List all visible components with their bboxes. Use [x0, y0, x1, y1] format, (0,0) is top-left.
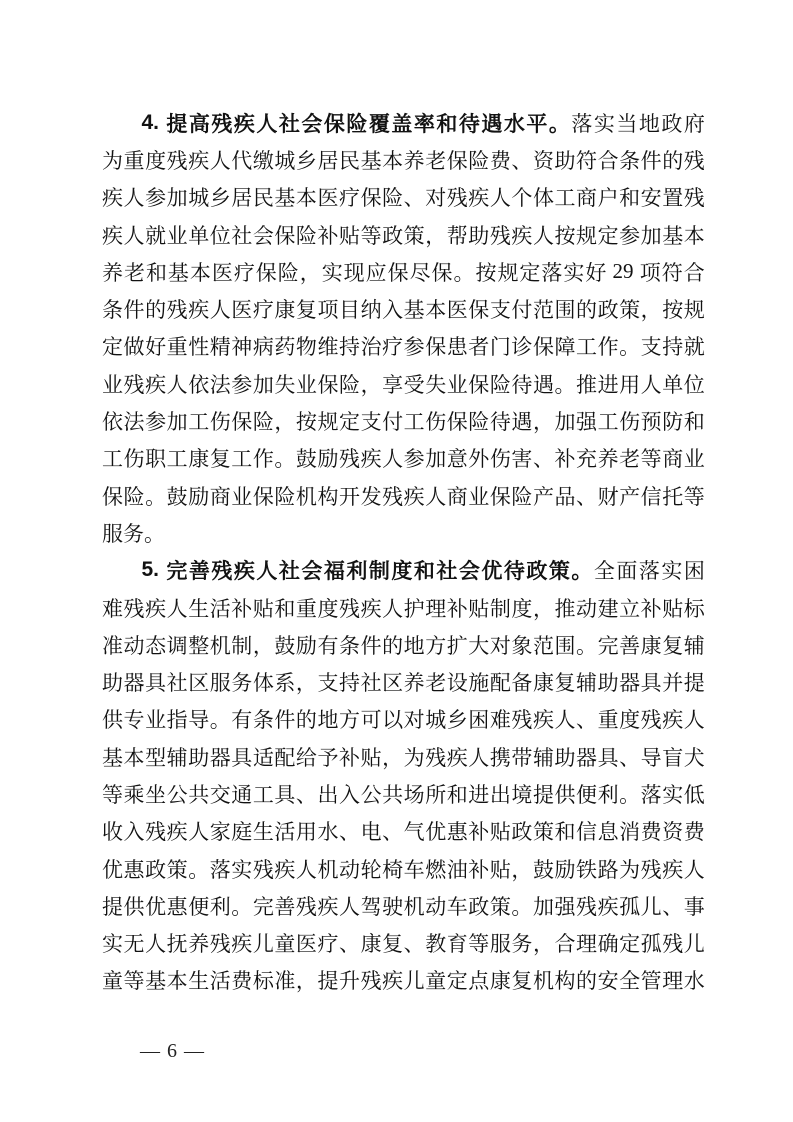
body-text-char: 器 [124, 667, 145, 697]
body-text-char: 基 [404, 294, 425, 324]
body-text-char: 设 [447, 667, 468, 697]
body-text-char: 件 [124, 294, 145, 324]
body-text-char: 气 [404, 816, 425, 846]
body-text-char: 疾 [274, 854, 295, 884]
paragraph-heading-char: 完 [166, 555, 187, 585]
body-text-char: 险 [468, 406, 489, 436]
body-text-char: 加 [167, 182, 188, 212]
body-text-char: 基 [662, 220, 683, 250]
body-text-char: 体 [253, 667, 274, 697]
body-text-char: 物 [296, 331, 317, 361]
body-text-char: 保 [361, 182, 382, 212]
body-text-char: 工 [404, 406, 425, 436]
body-text-char: 活 [210, 593, 231, 623]
body-text-char: 伤 [619, 406, 640, 436]
body-text-char: 策 [533, 816, 554, 846]
body-text-char: 残 [447, 182, 468, 212]
text-line: 条件的残疾人医疗康复项目纳入基本医保支付范围的政策，按规 [102, 290, 705, 327]
body-text-char: 保 [274, 220, 295, 250]
body-text-char: 具 [145, 667, 166, 697]
body-text-char: 困 [468, 704, 489, 734]
paragraph-heading-char: 提 [166, 108, 187, 138]
text-line: 收入残疾人家庭生活用水、电、气优惠补贴政策和信息消费资费 [102, 813, 705, 850]
body-text-char: 险 [278, 257, 299, 287]
body-text-char: 复 [511, 965, 532, 995]
body-text-char: 生 [188, 593, 209, 623]
body-text-char: 便 [576, 779, 597, 809]
body-text-char: 理 [425, 593, 446, 623]
body-text-char: 本 [167, 965, 188, 995]
body-text-char: 带 [511, 742, 532, 772]
body-text-char: 复 [554, 667, 575, 697]
body-text-char: 器 [619, 667, 640, 697]
body-text-char: 策 [619, 294, 640, 324]
body-text-char: 本 [425, 294, 446, 324]
body-text-char: 人 [554, 704, 575, 734]
body-text-char: 人 [167, 593, 188, 623]
body-text-char: 政 [145, 854, 166, 884]
body-text-char: 对 [425, 182, 446, 212]
body-text-char: 的 [576, 294, 597, 324]
body-text-char: 尽 [410, 257, 431, 287]
body-text-char: 公 [361, 779, 382, 809]
body-text-char: 康 [188, 443, 209, 473]
body-text-char: 贴 [253, 593, 274, 623]
body-text-char: 具 [598, 742, 619, 772]
paragraph-heading-char: 待 [459, 108, 480, 138]
body-text-char: 参 [231, 369, 252, 399]
paragraph-heading-char: 人 [256, 555, 277, 585]
body-text-char: 贴 [490, 854, 511, 884]
body-text-char: 工 [102, 443, 123, 473]
text-line: 业残疾人依法参加失业保险，享受失业保险待遇。推进用人单位 [102, 365, 705, 402]
body-text-char: 范 [533, 294, 554, 324]
body-text-char: 残 [425, 742, 446, 772]
body-text-char: 险 [339, 369, 360, 399]
body-text-char: 助 [598, 667, 619, 697]
body-text-char: 疗 [253, 294, 274, 324]
body-text-char: 定 [447, 965, 468, 995]
body-text-char: 残 [145, 816, 166, 846]
text-line: 准动态调整机制，鼓励有条件的地方扩大对象范围。完善康复辅 [102, 626, 705, 663]
document-body: 4. 提高残疾人社会保险覆盖率和待遇水平。落实当地政府为重度残疾人代缴城乡居民基… [102, 104, 705, 999]
text-line: 保险。鼓励商业保险机构开发残疾人商业保险产品、财产信托等 [102, 477, 705, 514]
body-text-char: 消 [619, 816, 640, 846]
body-text-char: 重 [167, 331, 188, 361]
body-text-char: 户 [598, 182, 619, 212]
body-text-char: 基 [274, 182, 295, 212]
body-text-char: 患 [447, 331, 468, 361]
body-text-char: 法 [210, 369, 231, 399]
body-text-char: 等 [124, 965, 145, 995]
body-text-char: 人 [382, 593, 403, 623]
body-text-char: 配 [490, 667, 511, 697]
body-text-char: 定 [519, 257, 540, 287]
body-text-char: 利 [210, 891, 231, 921]
body-text-char: 补 [317, 220, 338, 250]
body-text-char: 补 [468, 816, 489, 846]
body-text-char: 惠 [447, 816, 468, 846]
body-text-char: 贴 [361, 742, 382, 772]
body-text-char: 合 [684, 257, 705, 287]
body-text-char: 地 [317, 704, 338, 734]
body-text-char: 商 [210, 481, 231, 511]
body-text-char: 轮 [361, 854, 382, 884]
body-text-char: 支 [317, 667, 338, 697]
body-text-char: 本 [684, 220, 705, 250]
body-text-char: 定 [102, 331, 123, 361]
body-text-char: 精 [210, 331, 231, 361]
body-text-char: 产 [619, 481, 640, 511]
body-text-char: 体 [533, 182, 554, 212]
paragraph-heading-char: 险 [346, 108, 367, 138]
body-text-char: 开 [339, 481, 360, 511]
body-text-char: 提 [533, 779, 554, 809]
body-text-char: 燃 [425, 854, 446, 884]
body-text-char: 业 [231, 481, 252, 511]
body-text-char: 器 [210, 742, 231, 772]
body-text-char: 害 [511, 443, 532, 473]
body-text-char: 度 [145, 145, 166, 175]
body-text-char: 本 [296, 182, 317, 212]
body-text-char: 优 [102, 854, 123, 884]
body-text-char: 车 [447, 891, 468, 921]
body-text-char: 康 [274, 294, 295, 324]
body-text-char: 范 [533, 630, 554, 660]
body-text-char: 。 [554, 369, 575, 399]
body-text-char: 财 [598, 481, 619, 511]
body-text-char: 策 [404, 220, 425, 250]
paragraph-heading-char: 保 [324, 108, 345, 138]
body-text-char: ， [361, 369, 382, 399]
body-text-char: 推 [554, 593, 575, 623]
body-text-char: 、 [662, 891, 683, 921]
body-text-char: 保 [256, 257, 277, 287]
body-text-char: 动 [425, 891, 446, 921]
body-text-char: 无 [124, 928, 145, 958]
body-text-char: 围 [554, 630, 575, 660]
body-text-char: 防 [662, 406, 683, 436]
body-text-char: 持 [339, 331, 360, 361]
body-text-char: 、 [339, 928, 360, 958]
body-text-char: 儿 [253, 928, 274, 958]
body-text-char: 老 [425, 667, 446, 697]
body-text-char: 助 [188, 742, 209, 772]
text-line: 助器具社区服务体系，支持社区养老设施配备康复辅助器具并提 [102, 663, 705, 700]
body-text-char: 交 [210, 779, 231, 809]
body-text-char: 落 [641, 779, 662, 809]
body-text-char: 保 [447, 406, 468, 436]
body-text-char: 等 [468, 928, 489, 958]
body-text-char: 实 [102, 928, 123, 958]
body-text-char: 商 [447, 481, 468, 511]
body-text-char: 伤 [210, 406, 231, 436]
body-text-char: 车 [404, 854, 425, 884]
body-text-char: 社 [361, 667, 382, 697]
body-text-char: 策 [167, 854, 188, 884]
body-text-char: 实 [231, 854, 252, 884]
body-text-char: 通 [231, 779, 252, 809]
body-text-char: 个 [511, 182, 532, 212]
paragraph-heading-char: 会 [459, 555, 480, 585]
body-text-char: 完 [598, 630, 619, 660]
body-text-char: 伤 [425, 406, 446, 436]
body-text-char: 儿 [684, 928, 705, 958]
body-text-char: 保 [533, 331, 554, 361]
body-text-char: 保 [102, 481, 123, 511]
text-line: 疾人参加城乡居民基本医疗保险、对残疾人个体工商户和安置残 [102, 179, 705, 216]
paragraph-heading-char: 政 [526, 555, 547, 585]
body-text-char: 面 [616, 555, 637, 585]
body-text-char: 商 [576, 182, 597, 212]
body-text-char: 育 [447, 928, 468, 958]
body-text-char: 、 [511, 145, 532, 175]
body-text-char: 参 [404, 443, 425, 473]
body-text-char: 提 [684, 667, 705, 697]
body-text-char: 导 [641, 742, 662, 772]
body-text-char: 立 [619, 593, 640, 623]
body-text-char: 对 [404, 704, 425, 734]
body-text-char: 鼓 [274, 630, 295, 660]
body-text-char: 、 [404, 928, 425, 958]
body-text-char: 、 [576, 704, 597, 734]
body-text-char: 保 [432, 257, 453, 287]
body-text-char: 贴 [662, 593, 683, 623]
body-text-char: 童 [102, 965, 123, 995]
body-text-char: 童 [425, 965, 446, 995]
body-text-char: 疾 [404, 481, 425, 511]
body-text-char: 条 [102, 294, 123, 324]
body-text-char: 补 [231, 593, 252, 623]
body-text-char: 定 [598, 220, 619, 250]
body-text-char: 实 [563, 257, 584, 287]
body-text-char: 对 [490, 630, 511, 660]
body-text-char: 励 [188, 481, 209, 511]
body-text-char: 费 [231, 965, 252, 995]
body-text-char: 和 [146, 257, 167, 287]
body-text-char: 会 [253, 220, 274, 250]
paragraph-heading-char: 制 [369, 555, 390, 585]
body-text-char: 疾 [145, 369, 166, 399]
body-text-char: 利 [598, 779, 619, 809]
body-text-char: 人 [210, 294, 231, 324]
body-text-char: 贴 [468, 593, 489, 623]
body-text-char: 者 [468, 331, 489, 361]
body-text-char: 重 [124, 145, 145, 175]
body-text-char: 残 [361, 965, 382, 995]
body-text-char: 度 [619, 704, 640, 734]
body-text-char: 场 [404, 779, 425, 809]
body-text-char: 疾 [382, 965, 403, 995]
body-text-char: 费 [684, 816, 705, 846]
body-text-char: 人 [210, 145, 231, 175]
body-text-char: 调 [167, 630, 188, 660]
body-text-char: 管 [641, 965, 662, 995]
body-text-char: 本 [124, 742, 145, 772]
body-text-char: 险 [296, 220, 317, 250]
body-text-char: 工 [167, 443, 188, 473]
body-text-char: 驾 [361, 891, 382, 921]
body-text-char: 加 [253, 369, 274, 399]
body-text-char: 励 [296, 630, 317, 660]
body-text-char: 等 [641, 443, 662, 473]
body-text-char: 配 [274, 742, 295, 772]
body-text-char: 指 [167, 704, 188, 734]
body-text-char: 制 [231, 630, 252, 660]
body-text-char: 保 [468, 369, 489, 399]
paragraph-heading-char: 福 [324, 555, 345, 585]
body-text-char: 辅 [684, 630, 705, 660]
body-text-char: 保 [447, 145, 468, 175]
body-text-char: 理 [662, 965, 683, 995]
body-text-char: 居 [317, 145, 338, 175]
body-text-char: 安 [598, 965, 619, 995]
body-text-char: 地 [639, 108, 660, 138]
paragraph-heading-char: 遇 [481, 108, 502, 138]
body-text-char: 携 [490, 742, 511, 772]
body-text-char: 。 [210, 704, 231, 734]
body-text-char: 养 [598, 443, 619, 473]
body-text-char: 动 [124, 630, 145, 660]
body-text-char: 加 [425, 443, 446, 473]
body-text-char: 定 [619, 928, 640, 958]
body-text-char: 机 [296, 481, 317, 511]
body-text-char: 持 [339, 667, 360, 697]
body-text-char: 符 [576, 145, 597, 175]
text-line: 优惠政策。落实残疾人机动轮椅车燃油补贴，鼓励铁路为残疾人 [102, 850, 705, 887]
body-text-char: 失 [425, 369, 446, 399]
body-text-char: 病 [253, 331, 274, 361]
body-text-char: 建 [598, 593, 619, 623]
body-text-char: 供 [554, 779, 575, 809]
body-text-char: 残 [641, 704, 662, 734]
paragraph-heading-char: 平 [526, 108, 547, 138]
body-text-char: 治 [361, 331, 382, 361]
body-text-char: 缴 [253, 145, 274, 175]
body-text-char: 社 [231, 220, 252, 250]
body-text-char: 付 [382, 406, 403, 436]
body-text-char: 定 [339, 406, 360, 436]
body-text-char: 基 [102, 742, 123, 772]
body-text-char: 业 [296, 369, 317, 399]
body-text-char: 纳 [361, 294, 382, 324]
body-text-char: 。 [619, 779, 640, 809]
body-text-char: 鼓 [533, 854, 554, 884]
body-text-char: 。 [576, 630, 597, 660]
body-text-char: 险 [253, 406, 274, 436]
body-text-char: 的 [576, 965, 597, 995]
body-text-char: 惠 [124, 854, 145, 884]
body-text-char: 惠 [167, 891, 188, 921]
body-text-char: 障 [554, 331, 575, 361]
body-text-char: 活 [274, 816, 295, 846]
body-text-char: 方 [425, 630, 446, 660]
body-text-char: 资 [662, 816, 683, 846]
body-text-char: 助 [468, 220, 489, 250]
body-text-char: 、 [576, 481, 597, 511]
body-text-char: 人 [339, 891, 360, 921]
body-text-char: 基 [168, 257, 189, 287]
body-text-char: 单 [662, 369, 683, 399]
body-text-char: 度 [511, 593, 532, 623]
document-page: 4. 提高残疾人社会保险覆盖率和待遇水平。落实当地政府为重度残疾人代缴城乡居民基… [0, 0, 793, 1122]
body-text-char: 辅 [576, 667, 597, 697]
body-text-char: 、 [404, 182, 425, 212]
paragraph-heading-char: 率 [414, 108, 435, 138]
body-text-char: 规 [317, 406, 338, 436]
body-text-char: 人 [684, 704, 705, 734]
body-text-char: 补 [468, 854, 489, 884]
body-text-char: 业 [102, 369, 123, 399]
text-line: 为重度残疾人代缴城乡居民基本养老保险费、资助符合条件的残 [102, 141, 705, 178]
body-text-char: 和 [554, 816, 575, 846]
body-text-char: 保 [317, 369, 338, 399]
body-text-char: 入 [339, 779, 360, 809]
text-line: 难残疾人生活补贴和重度残疾人护理补贴制度，推动建立补贴标 [102, 589, 705, 626]
body-text-char: 城 [274, 145, 295, 175]
body-text-char: 进 [598, 369, 619, 399]
body-text-char: 门 [490, 331, 511, 361]
body-text-char: 复 [210, 443, 231, 473]
body-text-char: 教 [425, 928, 446, 958]
body-text-char: 区 [188, 667, 209, 697]
body-text-char: 人 [382, 443, 403, 473]
paragraph-heading-char: 社 [436, 555, 457, 585]
body-text-char: 位 [684, 369, 705, 399]
body-text-char: 法 [124, 406, 145, 436]
body-text-char: 依 [102, 406, 123, 436]
paragraph-heading-char: 度 [391, 555, 412, 585]
body-text-char: 的 [145, 294, 166, 324]
body-text-char: 参 [619, 220, 640, 250]
body-text-char: 件 [274, 704, 295, 734]
body-text-char: 医 [447, 294, 468, 324]
paragraph-heading-char: 盖 [391, 108, 412, 138]
body-text-char: 人 [468, 742, 489, 772]
body-text-char: 提 [102, 891, 123, 921]
body-text-char: 儿 [404, 965, 425, 995]
body-text-char: 受 [404, 369, 425, 399]
body-text-char: 本 [190, 257, 211, 287]
body-text-char: 度 [317, 593, 338, 623]
body-text-char: 难 [490, 704, 511, 734]
body-text-char: 残 [662, 928, 683, 958]
body-text-char: 所 [425, 779, 446, 809]
paragraph-heading-char: 善 [189, 555, 210, 585]
body-text-char: 就 [684, 331, 705, 361]
paragraph-heading-char: 高 [189, 108, 210, 138]
body-text-char: 和 [447, 779, 468, 809]
body-text-char: 位 [210, 220, 231, 250]
body-text-char: 政 [598, 294, 619, 324]
body-text-char: 、 [339, 816, 360, 846]
body-text-char: 补 [447, 593, 468, 623]
body-text-char: 疾 [662, 854, 683, 884]
body-text-char: 准 [274, 965, 295, 995]
body-text-char: 疾 [167, 816, 188, 846]
body-text-char: 和 [684, 406, 705, 436]
text-line: 定做好重性精神病药物维持治疗参保患者门诊保障工作。支持就 [102, 328, 705, 365]
body-text-char: 疾 [533, 704, 554, 734]
body-text-char: 养 [188, 928, 209, 958]
paragraph-heading-char: 社 [279, 555, 300, 585]
body-text-char: 支 [490, 294, 511, 324]
body-text-char: 信 [576, 816, 597, 846]
body-text-char: 水 [317, 816, 338, 846]
body-text-char: 复 [296, 294, 317, 324]
body-text-char: 业 [145, 704, 166, 734]
body-text-char: 。 [511, 891, 532, 921]
